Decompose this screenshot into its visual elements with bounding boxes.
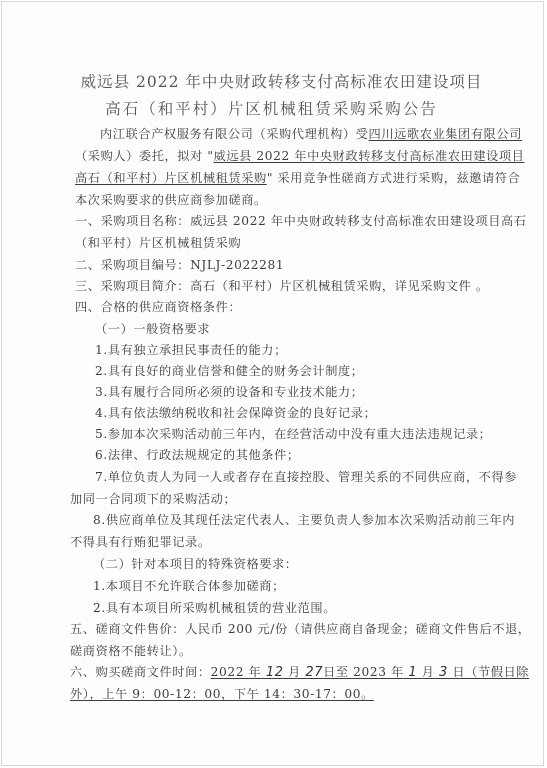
purchaser-name: 四川远歌农业集团有限公司 — [369, 127, 522, 141]
special-requirements-heading: （二）针对本项目的特殊资格要求： — [93, 555, 298, 572]
section-6-time-line1: 六、购买磋商文件时间：2022 年 12 月 27日至 2023 年 1 月 3… — [70, 663, 529, 680]
section-1-line2: （和平村）片区机械租赁采购 — [75, 234, 241, 251]
handwritten-month1: 12 — [266, 665, 284, 680]
general-item-6: 6.法律、行政法规规定的其他条件； — [95, 446, 300, 463]
general-item-7: 7.单位负责人为同一人或者存在直接控股、管理关系的不同供应商，不得参 — [95, 468, 517, 485]
handwritten-day1: 27 — [305, 665, 323, 680]
section-2-project-number: 二、采购项目编号：NJLJ-2022281 — [75, 256, 284, 273]
general-requirements-heading: （一）一般资格要求 — [95, 320, 210, 337]
general-item-7-cont: 加同一合同项下的采购活动； — [70, 490, 236, 507]
general-item-2: 2.具有良好的商业信誉和健全的财务会计制度； — [95, 362, 364, 379]
intro-line3: 高石（和平村）片区机械租赁采购" 采用竞争性磋商方式进行采购，兹邀请符合 — [75, 169, 520, 186]
special-item-1: 1.本项目不允许联合体参加磋商； — [93, 577, 285, 594]
intro-line4: 本次采购要求的供应商参加磋商。 — [75, 191, 267, 208]
section-3-summary: 三、采购项目简介：高石（和平村）片区机械租赁采购，详见采购文件 。 — [75, 277, 489, 294]
document-title-line2: 高石（和平村）片区机械租赁采购采购公告 — [0, 97, 545, 119]
section-1-line1: 一、采购项目名称：威远县 2022 年中央财政转移支付高标准农田建设项目高石 — [75, 212, 527, 229]
handwritten-day2: 3 — [439, 665, 448, 680]
section-4-heading: 四、合格的供应商资格条件： — [75, 298, 241, 315]
project-name-ref: 威远县 2022 年中央财政转移支付高标准农田建设项目 — [214, 149, 525, 163]
general-item-4: 4.具有依法缴纳税收和社会保障资金的良好记录； — [95, 404, 376, 421]
general-item-1: 1.具有独立承担民事责任的能力； — [95, 341, 287, 358]
general-item-8: 8.供应商单位及其现任法定代表人、主要负责人参加本次采购活动前三年内 — [93, 511, 515, 528]
purchase-period: 2022 年 12 月 27日至 2023 年 1 月 3 日（节假日除 — [211, 665, 529, 679]
general-item-8-cont: 不得具有行贿犯罪记录。 — [70, 533, 211, 550]
general-item-3: 3.具有履行合同所必须的设备和专业技术能力； — [95, 383, 364, 400]
section-5-price-line1: 五、磋商文件售价：人民币 200 元/份（请供应商自备现金；磋商文件售后不退， — [70, 620, 531, 637]
section-5-price-line2: 磋商资格不能转让）。 — [70, 642, 192, 659]
document-title-line1: 威远县 2022 年中央财政转移支付高标准农田建设项目 — [8, 70, 547, 92]
intro-line1: 内江联合产权服务有限公司（采购代理机构）受四川远歌农业集团有限公司 — [100, 125, 522, 142]
special-item-2: 2.具有本项目所采购机械租赁的营业范围。 — [93, 599, 336, 616]
general-item-5: 5.参加本次采购活动前三年内，在经营活动中没有重大违法违规记录； — [95, 425, 491, 442]
handwritten-month2: 1 — [408, 665, 417, 680]
section-6-time-line2: 外），上午 9：00-12：00，下午 14：30-17：00。 — [70, 685, 374, 702]
intro-line2: （采购人）委托，拟对 "威远县 2022 年中央财政转移支付高标准农田建设项目 — [75, 147, 524, 164]
